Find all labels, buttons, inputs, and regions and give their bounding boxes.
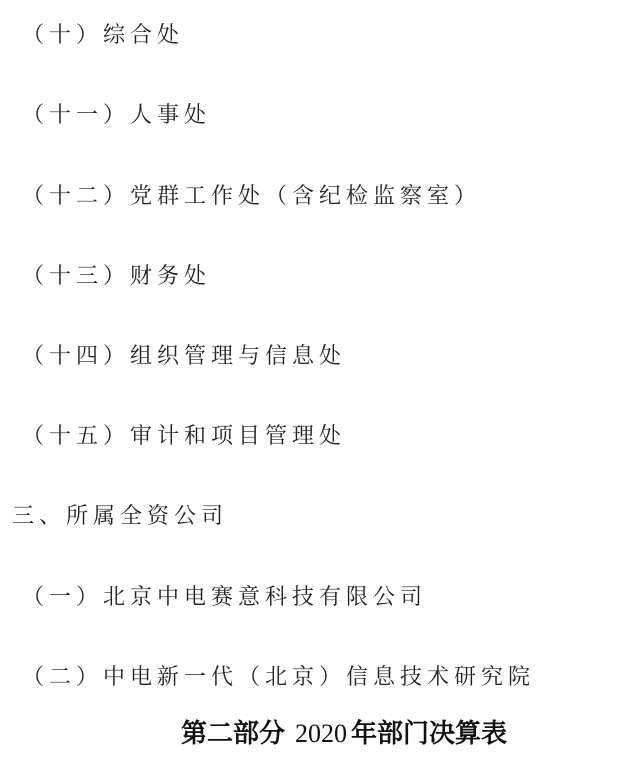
list-item-company-1: （一）北京中电赛意科技有限公司: [22, 584, 427, 612]
list-item-audit-office: （十五）审计和项目管理处: [22, 423, 346, 451]
part-title-suffix: 年部门决算表: [351, 719, 507, 749]
list-item-org-info-office: （十四）组织管理与信息处: [22, 343, 346, 371]
part-title-prefix: 第二部分: [181, 719, 285, 749]
section-heading: 三、所属全资公司: [12, 503, 228, 531]
list-item-company-2: （二）中电新一代（北京）信息技术研究院: [22, 664, 535, 692]
part-title: 第二部分2020年部门决算表: [0, 718, 628, 750]
list-item-hr-office: （十一）人事处: [22, 102, 211, 130]
list-item-comprehensive-office: （十）综合处: [22, 22, 184, 50]
list-item-party-office: （十二）党群工作处（含纪检监察室）: [22, 183, 481, 211]
list-item-finance-office: （十三）财务处: [22, 263, 211, 291]
part-title-year: 2020: [295, 719, 347, 748]
